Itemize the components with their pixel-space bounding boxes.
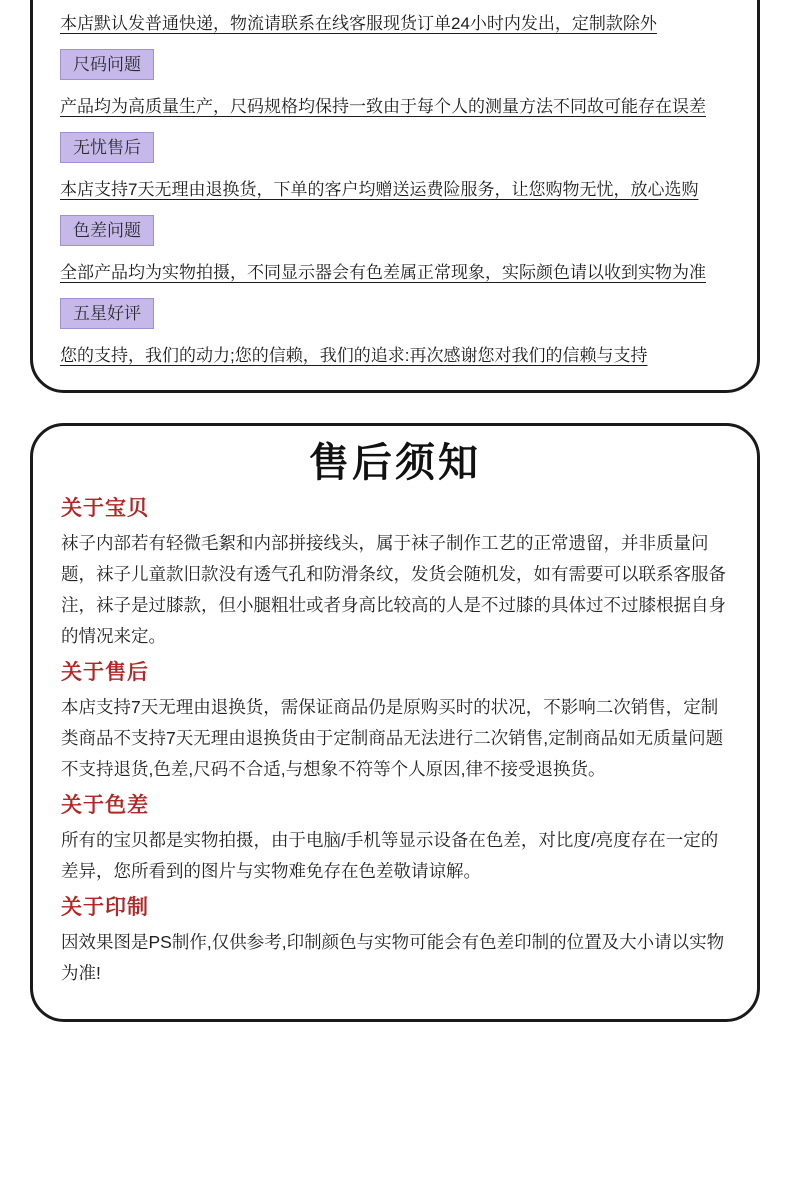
section-heading-about-product: 关于宝贝 [61,496,729,522]
section-heading-about-printing: 关于印制 [61,895,729,921]
size-note: 产品均为高质量生产，尺码规格均保持一致由于每个人的测量方法不同故可能存在误差 [60,96,731,118]
color-note: 全部产品均为实物拍摄，不同显示器会有色差属正常现象，实际颜色请以收到实物为准 [60,262,731,284]
tag-worry-free-aftersale: 无忧售后 [60,132,154,163]
tag-five-star-review: 五星好评 [60,298,154,329]
tag-size-issue: 尺码问题 [60,49,154,80]
section-heading-about-color: 关于色差 [61,793,729,819]
aftersale-note: 本店支持7天无理由退换货，下单的客户均赠送运费险服务，让您购物无忧，放心选购 [60,179,731,201]
thanks-note: 您的支持，我们的动力;您的信赖，我们的追求:再次感谢您对我们的信赖与支持 [60,345,731,367]
section-body-about-printing: 因效果图是PS制作,仅供参考,印制颜色与实物可能会有色差印制的位置及大小请以实物… [61,927,729,989]
section-heading-about-aftersale: 关于售后 [61,660,729,686]
card-title: 售后须知 [61,440,729,486]
section-body-about-color: 所有的宝贝都是实物拍摄，由于电脑/手机等显示设备在色差，对比度/亮度存在一定的差… [61,825,729,887]
shipping-note: 本店默认发普通快递，物流请联系在线客服现货订单24小时内发出，定制款除外 [60,13,731,35]
aftersale-notice-card: 售后须知 关于宝贝 袜子内部若有轻微毛絮和内部拼接线头，属于袜子制作工艺的正常遗… [30,423,760,1022]
shipping-notice-card: 本店默认发普通快递，物流请联系在线客服现货订单24小时内发出，定制款除外 尺码问… [30,0,760,393]
section-body-about-aftersale: 本店支持7天无理由退换货，需保证商品仍是原购买时的状况，不影响二次销售，定制类商… [61,692,729,785]
tag-color-difference: 色差问题 [60,215,154,246]
section-body-about-product: 袜子内部若有轻微毛絮和内部拼接线头，属于袜子制作工艺的正常遗留，并非质量问题，袜… [61,528,729,652]
